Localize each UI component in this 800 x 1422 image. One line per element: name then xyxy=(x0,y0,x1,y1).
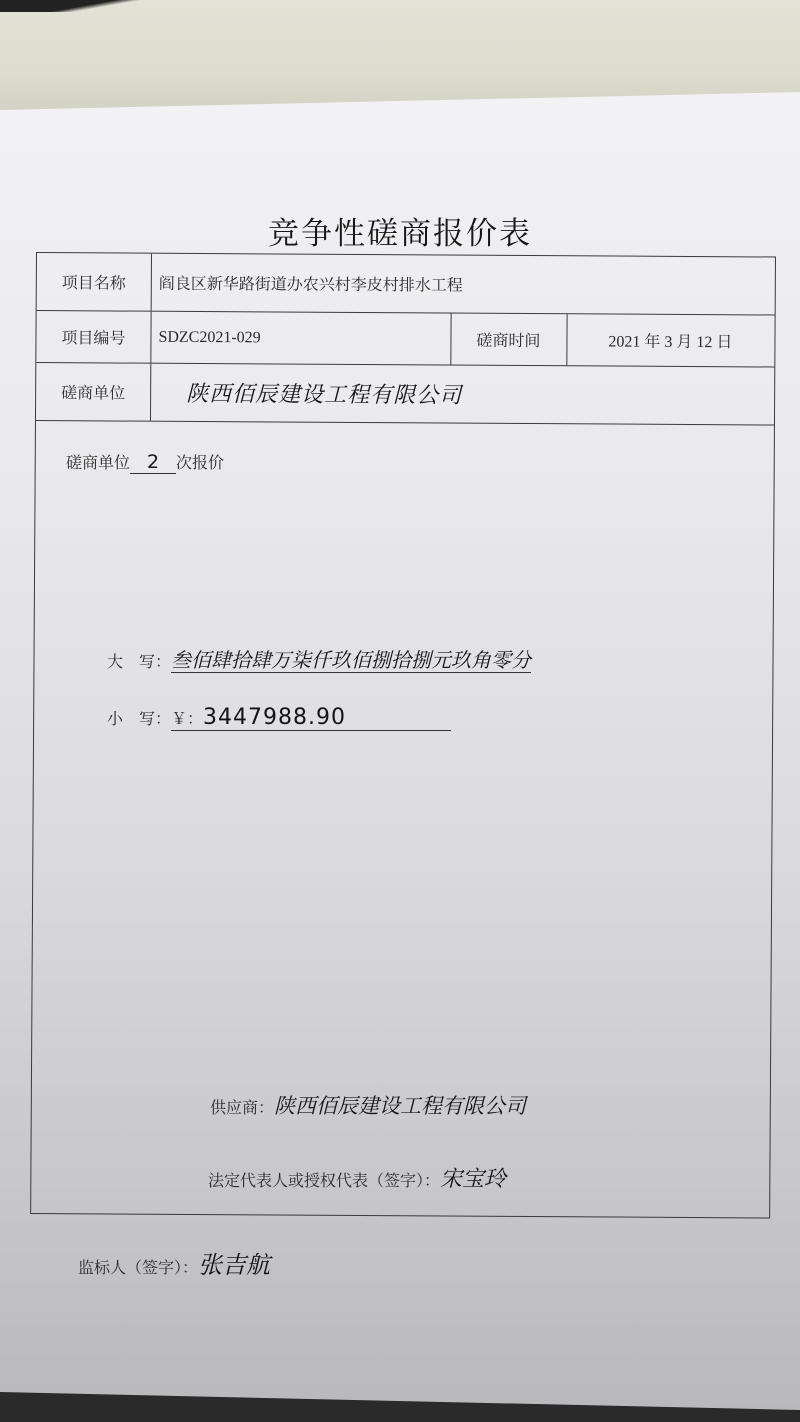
consult-time-value: 2021 年 3 月 12 日 xyxy=(566,314,774,366)
currency-symbol: ￥： xyxy=(171,709,203,728)
quote-form: 项目名称 阎良区新华路街道办农兴村李皮村排水工程 项目编号 SDZC2021-0… xyxy=(30,252,776,1219)
quote-round-suffix: 次报价 xyxy=(176,453,224,472)
uppercase-label: 大 写： xyxy=(107,652,171,671)
dark-corner xyxy=(0,0,190,12)
lowercase-field: ￥：3447988.90 xyxy=(171,705,451,731)
project-code-value: SDZC2021-029 xyxy=(158,312,438,365)
document-title: 竞争性磋商报价表 xyxy=(0,208,800,253)
quote-round-prefix: 磋商单位 xyxy=(66,453,130,472)
supervisor-signature: 张吉航 xyxy=(198,1251,270,1279)
divider xyxy=(150,312,151,363)
divider xyxy=(151,254,152,311)
project-name-value: 阎良区新华路街道办农兴村李皮村排水工程 xyxy=(159,254,759,315)
consult-unit-label: 磋商单位 xyxy=(36,363,150,421)
consult-time-label: 磋商时间 xyxy=(450,314,566,366)
amount-uppercase-line: 大 写：叁佰肆拾肆万柒仟玖佰捌拾捌元玖角零分 xyxy=(107,644,531,673)
quote-round-number: 2 xyxy=(130,451,176,474)
uppercase-value: 叁佰肆拾肆万柒仟玖佰捌拾捌元玖角零分 xyxy=(171,648,531,673)
consult-unit-value: 陕西佰辰建设工程有限公司 xyxy=(186,364,686,424)
supervisor-label: 监标人（签字）： xyxy=(78,1258,198,1277)
supplier-line: 供应商：陕西佰辰建设工程有限公司 xyxy=(210,1090,526,1120)
representative-signature: 宋宝玲 xyxy=(440,1167,506,1192)
row-project-code: 项目编号 SDZC2021-029 磋商时间 2021 年 3 月 12 日 xyxy=(36,311,774,368)
supervisor-line: 监标人（签字）：张吉航 xyxy=(78,1245,270,1280)
supplier-value: 陕西佰辰建设工程有限公司 xyxy=(274,1094,526,1118)
row-consult-unit: 磋商单位 陕西佰辰建设工程有限公司 xyxy=(36,363,774,426)
divider xyxy=(150,364,151,421)
lowercase-value: 3447988.90 xyxy=(203,705,346,730)
quote-round-line: 磋商单位2次报价 xyxy=(66,450,224,474)
representative-line: 法定代表人或授权代表（签字）：宋宝玲 xyxy=(208,1162,506,1193)
project-code-label: 项目编号 xyxy=(36,311,150,363)
representative-label: 法定代表人或授权代表（签字）： xyxy=(208,1171,440,1190)
supplier-label: 供应商： xyxy=(210,1098,274,1117)
amount-lowercase-line: 小 写：￥：3447988.90 xyxy=(107,705,451,731)
project-name-label: 项目名称 xyxy=(37,253,151,311)
row-project-name: 项目名称 阎良区新华路街道办农兴村李皮村排水工程 xyxy=(37,253,775,316)
lowercase-label: 小 写： xyxy=(107,709,171,728)
